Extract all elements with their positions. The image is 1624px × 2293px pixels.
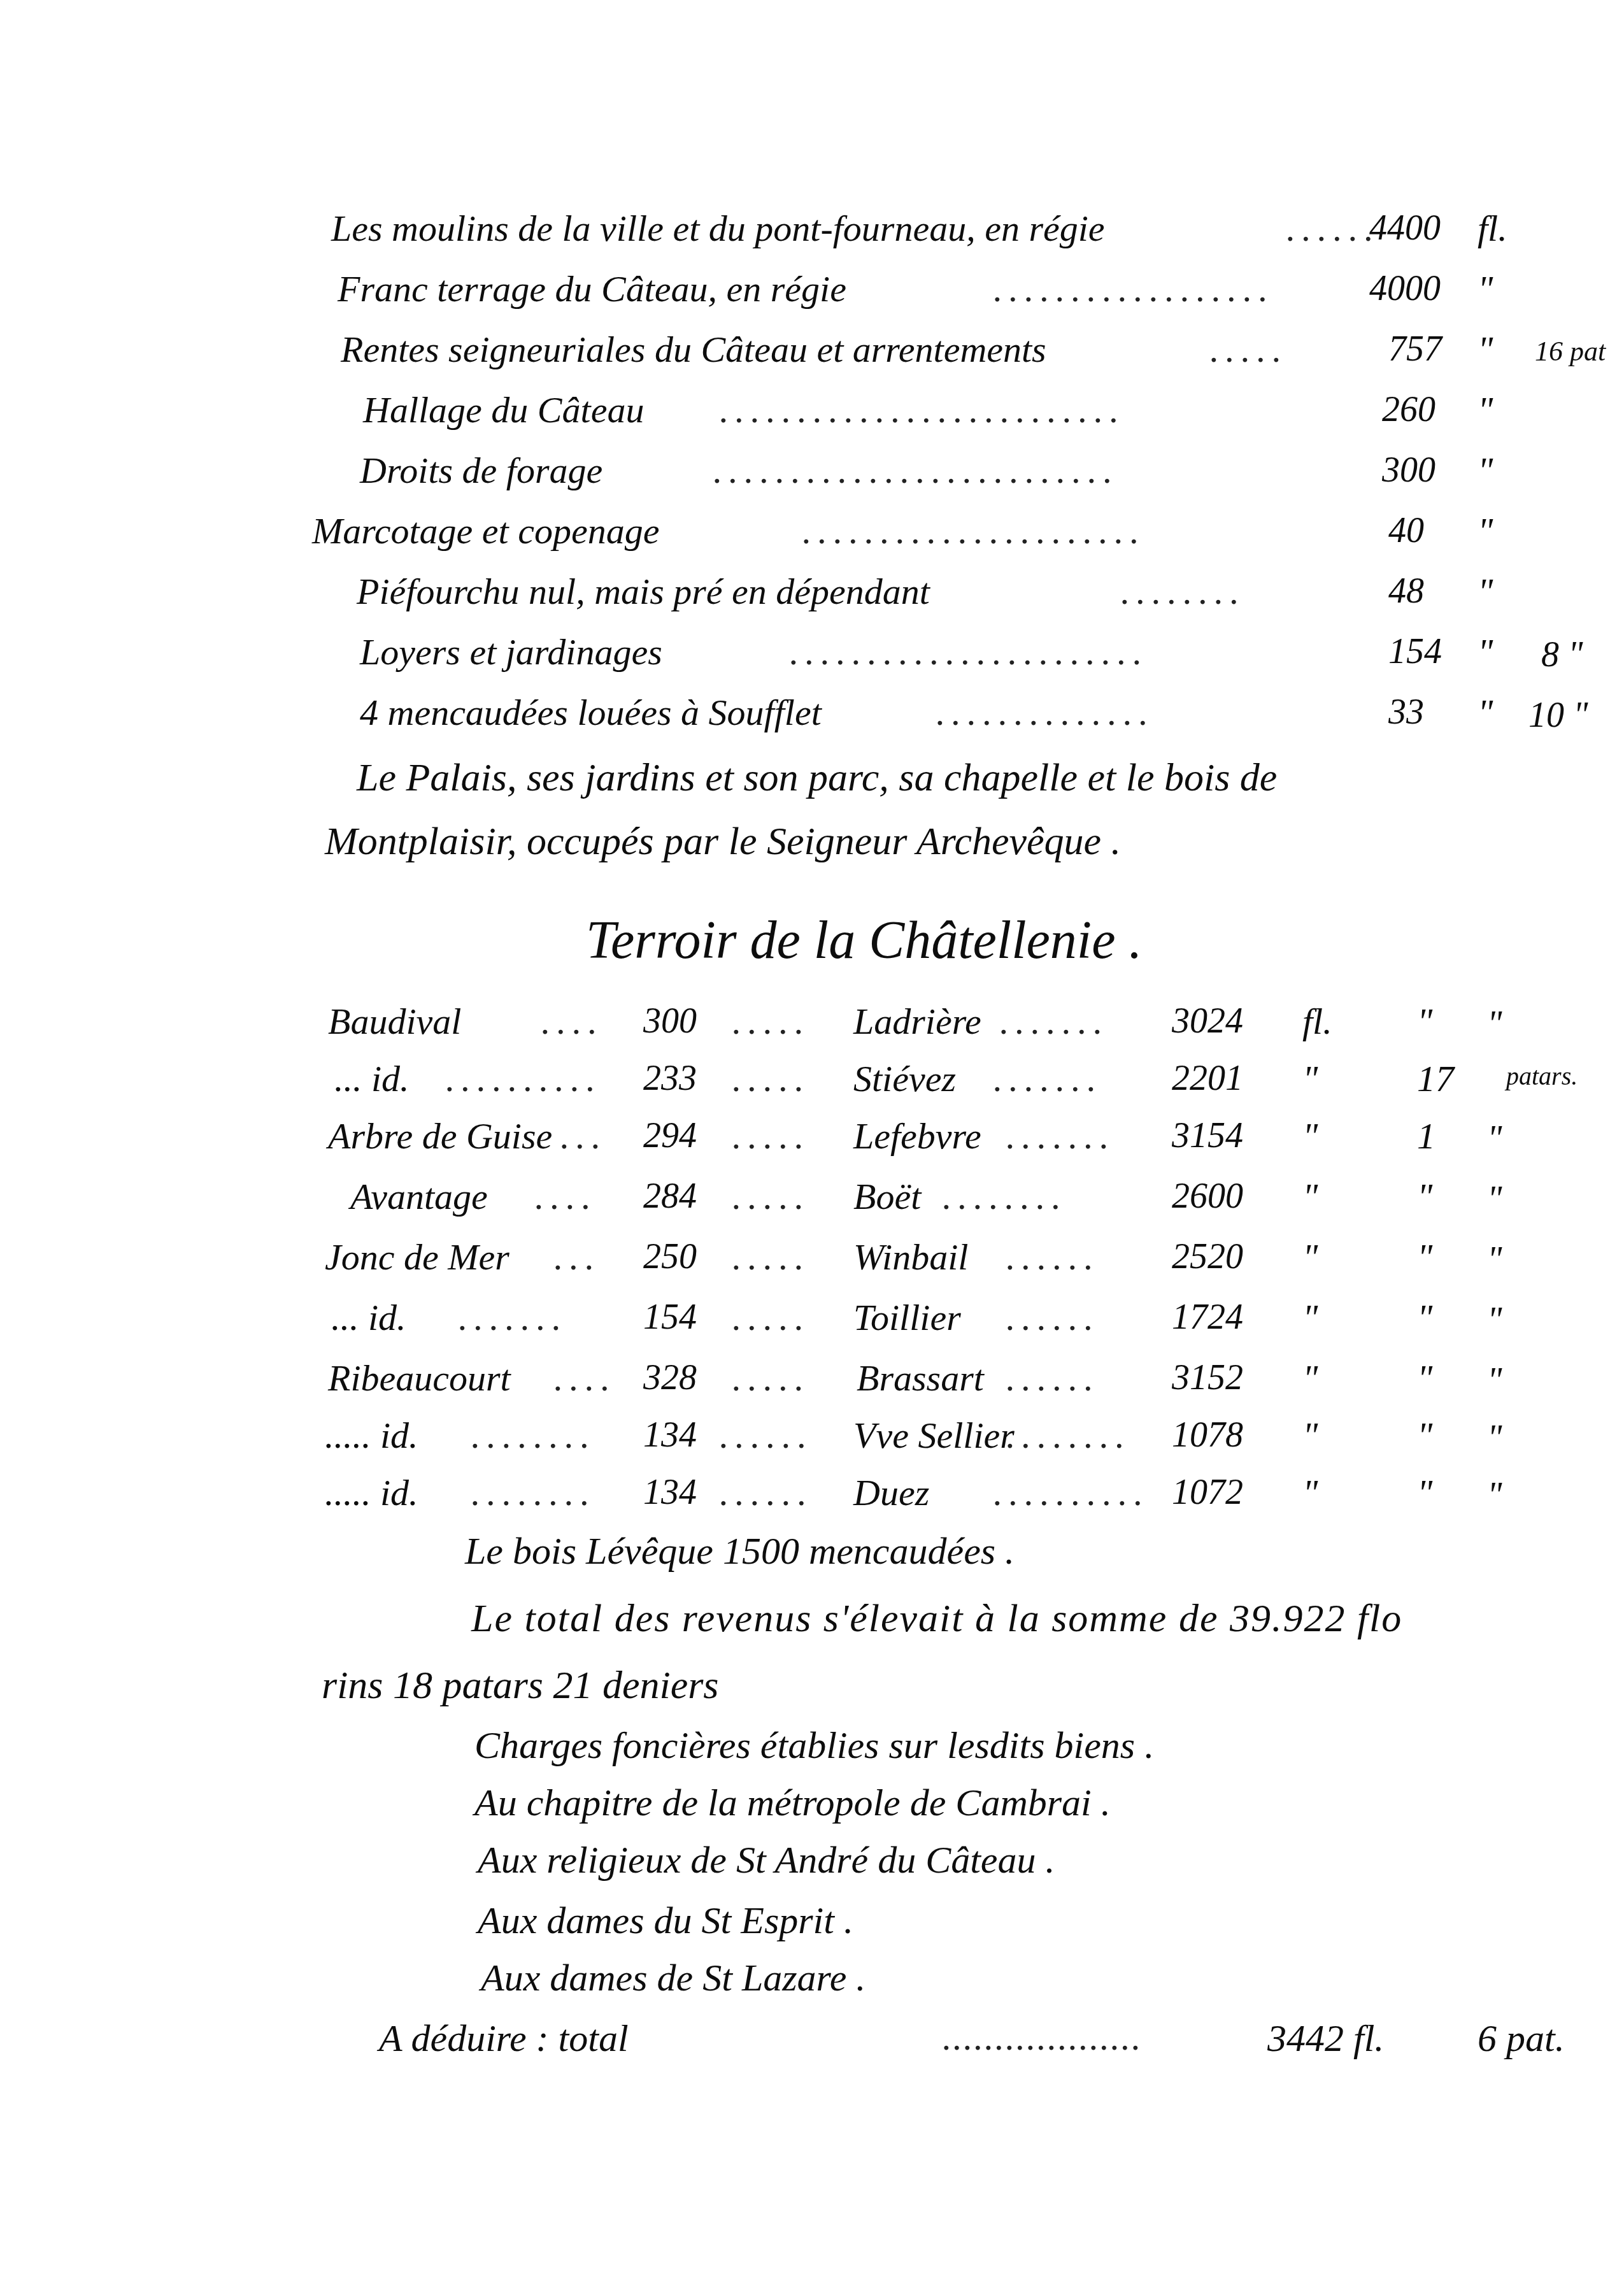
tenant-name: Toillier [853, 1299, 961, 1336]
place-name: Arbre de Guise [328, 1118, 552, 1155]
section-title: Terroir de la Châtellenie . [586, 914, 1142, 968]
palace-note-line: Le Palais, ses jardins et son parc, sa c… [357, 758, 1277, 797]
total-revenue-line: rins 18 patars 21 deniers [322, 1666, 718, 1705]
revenue-label: Franc terrage du Câteau, en régie [338, 271, 846, 308]
dot-leader: ................... [943, 2019, 1143, 2056]
deniers: " [1487, 1182, 1502, 1217]
amount: 2600 [1172, 1178, 1243, 1214]
dot-leader: ...................... [802, 513, 1146, 550]
amount: 1072 [1172, 1475, 1243, 1510]
revenue-amount: 757 [1388, 331, 1442, 367]
revenue-label: Droits de forage [360, 452, 602, 489]
area: 154 [643, 1299, 697, 1335]
bois-leveque-note: Le bois Lévêque 1500 mencaudées . [465, 1532, 1015, 1570]
revenue-unit: fl. [1478, 210, 1507, 247]
amount: 2520 [1172, 1239, 1243, 1275]
deniers: " [1487, 1303, 1502, 1338]
tenant-name: Ladrière [853, 1003, 981, 1040]
amount: 1724 [1172, 1299, 1243, 1335]
revenue-unit: " [1478, 331, 1493, 368]
patars: 1 [1417, 1118, 1435, 1155]
place-name: Avantage [350, 1178, 488, 1215]
amount: 3154 [1172, 1118, 1243, 1154]
deduction-patars: 6 pat. [1478, 2019, 1565, 2057]
patars: 17 [1417, 1061, 1454, 1097]
patars: " [1417, 1239, 1432, 1276]
patars: " [1417, 1299, 1432, 1336]
revenue-label: 4 mencaudées louées à Soufflet [360, 694, 822, 731]
patars: " [1417, 1417, 1432, 1454]
area: 300 [643, 1003, 697, 1039]
tenant-name: Boët [853, 1178, 921, 1215]
deniers: " [1487, 1006, 1502, 1042]
revenue-label: Hallage du Câteau [363, 392, 644, 429]
place-name: ... id. [331, 1299, 406, 1336]
place-name: ... id. [334, 1061, 410, 1097]
area: 284 [643, 1178, 697, 1214]
dot-leader: ... [554, 1239, 601, 1276]
area: 134 [643, 1417, 697, 1453]
dot-leader: .......................... [720, 392, 1125, 429]
dot-leader: .......... [994, 1475, 1150, 1511]
deduction-label: A déduire : total [379, 2019, 629, 2057]
deduction-amount: 3442 fl. [1267, 2019, 1384, 2057]
dot-leader: ... [560, 1118, 608, 1155]
dot-leader: ..... [732, 1360, 811, 1397]
dot-leader: ...... [1006, 1360, 1100, 1397]
dot-leader: ...... [1006, 1299, 1100, 1336]
area: 233 [643, 1061, 697, 1096]
dot-leader: .... [554, 1360, 616, 1397]
revenue-unit: " [1478, 271, 1493, 308]
dot-leader: ........ [471, 1475, 596, 1511]
dot-leader: ....... [459, 1299, 568, 1336]
area: 134 [643, 1475, 697, 1510]
patars: " [1417, 1178, 1432, 1215]
area: 294 [643, 1118, 697, 1154]
deniers: " [1487, 1242, 1502, 1278]
revenue-patars: 10 " [1528, 697, 1588, 733]
dot-leader: ...... [720, 1417, 813, 1454]
place-name: ..... id. [325, 1475, 418, 1511]
revenue-amount: 4400 [1369, 210, 1441, 246]
unit: " [1302, 1417, 1318, 1454]
deniers: " [1487, 1478, 1502, 1513]
dot-leader: ........ [471, 1417, 596, 1454]
place-name: Baudival [328, 1003, 461, 1040]
patars: " [1417, 1360, 1432, 1397]
tenant-name: Stiévez [853, 1061, 956, 1097]
dot-leader: ........ [943, 1178, 1067, 1215]
charge-item: Aux dames de St Lazare . [481, 1959, 865, 1997]
unit: " [1302, 1061, 1318, 1097]
unit: " [1302, 1299, 1318, 1336]
amount: 3024 [1172, 1003, 1243, 1039]
tenant-name: Duez [853, 1475, 929, 1511]
deniers: " [1487, 1420, 1502, 1456]
dot-leader: ..... [732, 1239, 811, 1276]
tenant-name: Lefebvre [853, 1118, 981, 1155]
dot-leader: ........ [1006, 1417, 1131, 1454]
place-name: ..... id. [325, 1417, 418, 1454]
dot-leader: .... [541, 1003, 604, 1040]
unit: " [1302, 1178, 1318, 1215]
revenue-label: Loyers et jardinages [360, 634, 662, 671]
document-page: Les moulins de la ville et du pont-fourn… [0, 0, 1624, 2293]
patars: " [1417, 1003, 1432, 1040]
palace-note-line: Montplaisir, occupés par le Seigneur Arc… [325, 822, 1121, 861]
revenue-unit: " [1478, 573, 1493, 610]
revenue-amount: 33 [1388, 694, 1424, 730]
dot-leader: .................. [994, 271, 1274, 308]
tenant-name: Brassart [857, 1360, 984, 1397]
dot-leader: ..... [732, 1118, 811, 1155]
dot-leader: ....... [994, 1061, 1103, 1097]
revenue-patars: 8 " [1541, 637, 1583, 673]
amount: 3152 [1172, 1360, 1243, 1396]
charge-item: Aux religieux de St André du Câteau . [478, 1841, 1055, 1879]
deniers: " [1487, 1363, 1502, 1399]
place-name: Ribeaucourt [328, 1360, 511, 1397]
revenue-unit: " [1478, 452, 1493, 489]
dot-leader: ...... [1006, 1239, 1100, 1276]
charges-heading: Charges foncières établies sur lesdits b… [474, 1726, 1154, 1764]
unit: " [1302, 1239, 1318, 1276]
dot-leader: .............. [936, 694, 1155, 731]
total-revenue-line: Le total des revenus s'élevait à la somm… [471, 1599, 1402, 1638]
charge-item: Au chapitre de la métropole de Cambrai . [474, 1783, 1111, 1822]
revenue-label: Marcotage et copenage [312, 513, 659, 550]
dot-leader: ....................... [790, 634, 1149, 671]
revenue-unit: " [1478, 392, 1493, 429]
dot-leader: ..... [1210, 331, 1288, 368]
revenue-amount: 260 [1382, 392, 1435, 427]
revenue-amount: 300 [1382, 452, 1435, 488]
deniers: patars. [1506, 1064, 1578, 1089]
dot-leader: ....... [1000, 1003, 1109, 1040]
area: 250 [643, 1239, 697, 1275]
dot-leader: ........ [1121, 573, 1246, 610]
dot-leader: ....... [1006, 1118, 1116, 1155]
amount: 1078 [1172, 1417, 1243, 1453]
revenue-label: Les moulins de la ville et du pont-fourn… [331, 210, 1105, 247]
revenue-label: Piéfourchu nul, mais pré en dépendant [357, 573, 930, 610]
tenant-name: Vve Sellier [853, 1417, 1015, 1454]
revenue-unit: " [1478, 513, 1493, 550]
unit: fl. [1302, 1003, 1332, 1040]
unit: " [1302, 1118, 1318, 1155]
tenant-name: Winbail [853, 1239, 968, 1276]
dot-leader: ...... [1286, 210, 1380, 247]
dot-leader: ..... [732, 1061, 811, 1097]
dot-leader: ..... [732, 1178, 811, 1215]
amount: 2201 [1172, 1061, 1243, 1096]
revenue-amount: 48 [1388, 573, 1424, 609]
dot-leader: .... [535, 1178, 597, 1215]
dot-leader: .......... [446, 1061, 602, 1097]
dot-leader: .......................... [713, 452, 1119, 489]
charge-item: Aux dames du St Esprit . [478, 1901, 853, 1939]
patars: " [1417, 1475, 1432, 1511]
revenue-unit: " [1478, 634, 1493, 671]
revenue-amount: 4000 [1369, 271, 1441, 306]
unit: " [1302, 1475, 1318, 1511]
revenue-amount: 154 [1388, 634, 1442, 669]
revenue-label: Rentes seigneuriales du Câteau et arrent… [341, 331, 1046, 368]
revenue-unit: " [1478, 694, 1493, 731]
unit: " [1302, 1360, 1318, 1397]
deniers: " [1487, 1121, 1502, 1157]
revenue-amount: 40 [1388, 513, 1424, 548]
dot-leader: ..... [732, 1003, 811, 1040]
dot-leader: ...... [720, 1475, 813, 1511]
dot-leader: ..... [732, 1299, 811, 1336]
area: 328 [643, 1360, 697, 1396]
place-name: Jonc de Mer [325, 1239, 509, 1276]
revenue-patars: 16 pat [1535, 338, 1606, 366]
